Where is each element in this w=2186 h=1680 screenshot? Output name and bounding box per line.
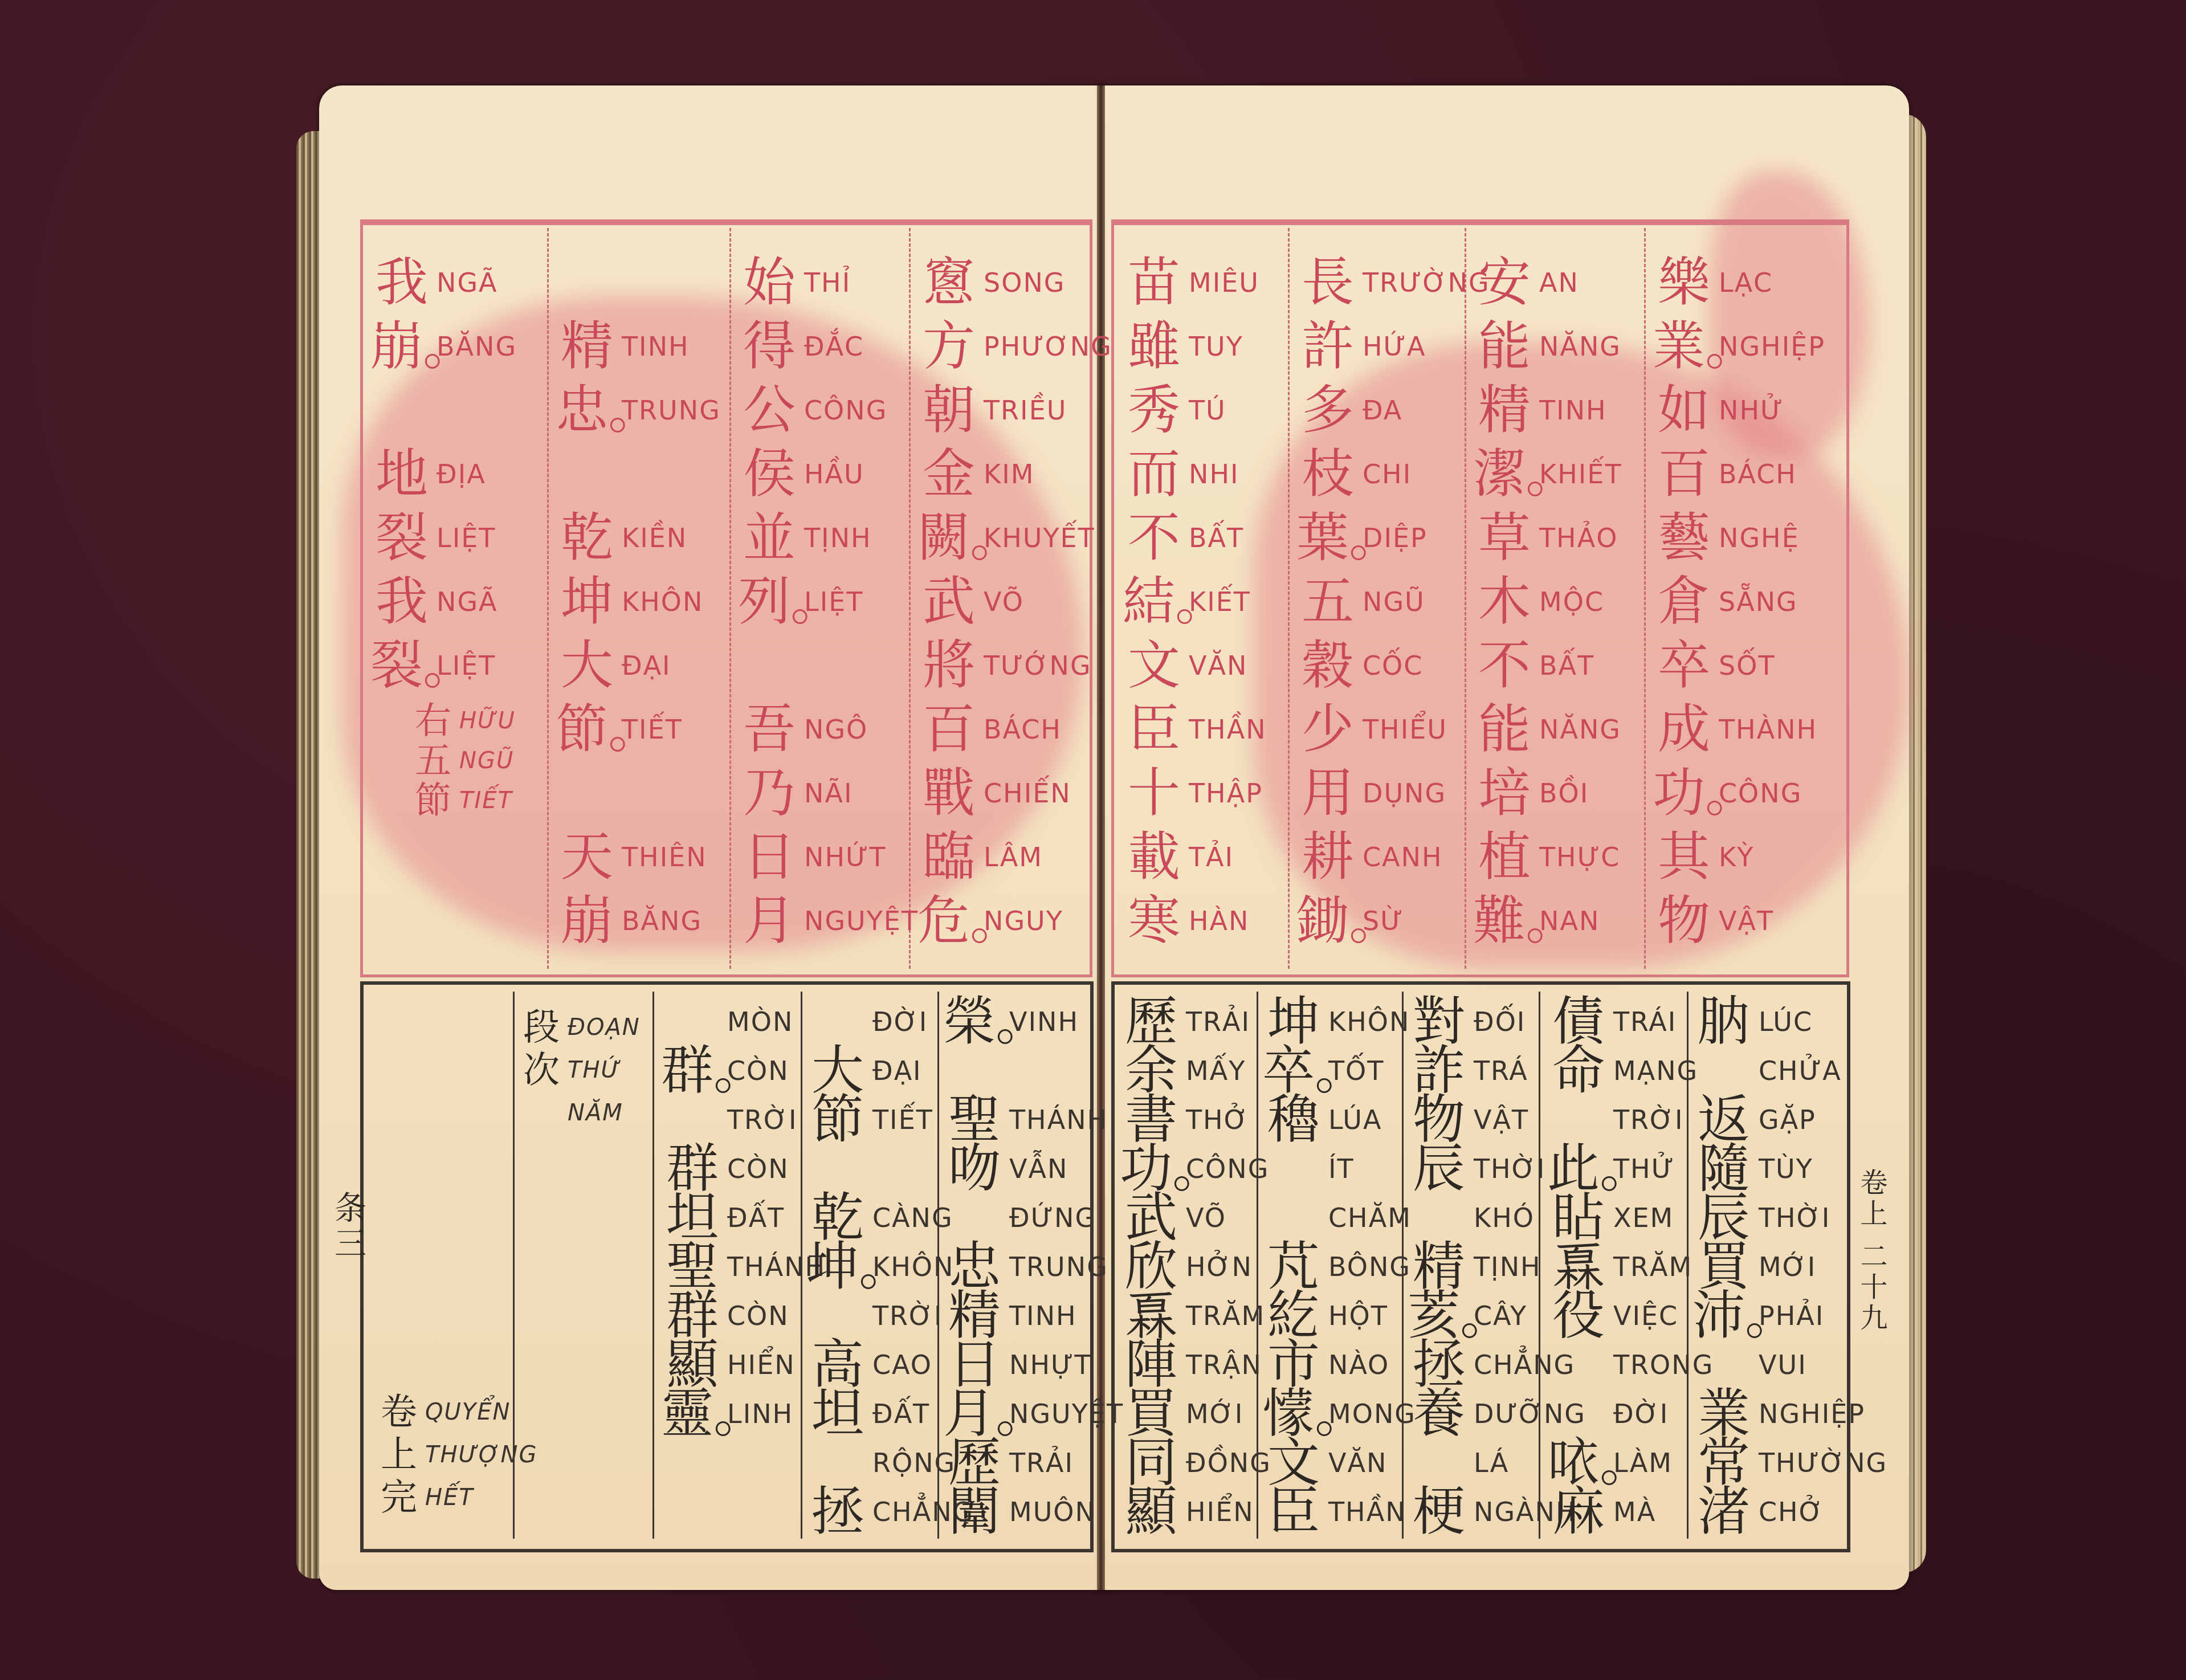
quoc-ngu-gloss: SỐT (1719, 650, 1776, 681)
quoc-ngu-gloss: NGHIỆP (1759, 1398, 1865, 1429)
glossed-character: 節。TIẾT (556, 698, 721, 761)
glossed-character: 𤁕MÒN (661, 997, 826, 1046)
quoc-ngu-gloss: CÔNG (804, 395, 887, 426)
han-character: 安 (1473, 256, 1536, 309)
quoc-ngu-gloss: NGŨ (1363, 586, 1425, 617)
glossed-character: 精TINH (943, 1291, 1124, 1340)
han-character: 役 (1547, 1290, 1610, 1342)
quoc-ngu-gloss: CÔNG (1186, 1153, 1269, 1184)
lower-right-column-4: 債TRÁI命MẠNG𡗶TRỜI此。THỬ䀡XEM𤾓TRĂM役VIỆC𥪝TRONG… (1547, 997, 1714, 1536)
han-character: 群。 (661, 1045, 724, 1097)
han-character: 天 (556, 831, 618, 883)
quoc-ngu-gloss: THỜI (1474, 1153, 1545, 1184)
han-character: 植 (1473, 831, 1536, 883)
quoc-ngu-gloss: VÕ (1186, 1202, 1226, 1233)
glossed-character: 群。CÒN (661, 1046, 826, 1095)
han-character: 吾 (738, 703, 801, 756)
glossed-character: 債TRÁI (1547, 997, 1714, 1046)
quoc-ngu-gloss: TIẾT (459, 788, 513, 814)
han-character: 百 (917, 703, 980, 756)
glossed-character: 武VÕ (917, 570, 1112, 634)
han-character: 裂 (370, 512, 433, 564)
divider (729, 228, 732, 969)
glossed-character: 卒SỐT (1653, 634, 1825, 698)
glossed-character: 百BÁCH (917, 698, 1112, 761)
quoc-ngu-gloss: XEM (1613, 1202, 1674, 1233)
han-character: 養 (1408, 1388, 1470, 1440)
han-character: 右 (410, 703, 456, 739)
han-character: 列。 (738, 576, 801, 628)
han-character: 藝 (1653, 512, 1715, 564)
han-character: 𥪝 (1547, 1339, 1610, 1391)
glossed-character: 次THỨ (519, 1049, 641, 1091)
glossed-character: 天THIÊN (556, 825, 721, 889)
han-character: 完 (376, 1479, 422, 1516)
glossed-character: 裂LIỆT (370, 506, 517, 570)
glossed-character: 群CÒN (661, 1291, 826, 1340)
right-margin-label: 卷上 二十九 (1852, 1168, 1891, 1453)
quoc-ngu-gloss: VẬT (1719, 906, 1774, 936)
glossed-character: 少THIỂU (1296, 698, 1490, 761)
han-character: 忠。 (556, 384, 618, 437)
glossed-character: 闕。KHUYẾT (917, 506, 1112, 570)
section-five-label: 段ĐOẠN次THỨ𢆥NĂM (519, 1006, 641, 1134)
quoc-ngu-gloss: NHỬ (1719, 395, 1784, 426)
glossed-character: 𠃣ÍT (1262, 1144, 1416, 1193)
han-character: 能 (1473, 320, 1536, 373)
han-character: 我 (370, 576, 433, 628)
quoc-ngu-gloss: KIỀN (622, 523, 687, 553)
quoc-ngu-gloss: THẦN (1328, 1496, 1406, 1527)
glossed-character: 戰CHIẾN (917, 761, 1112, 825)
glossed-character: 渚CHỞ (1692, 1487, 1887, 1536)
glossed-character: 買MỚI (1120, 1389, 1271, 1438)
han-character: 不 (1473, 639, 1536, 692)
quoc-ngu-gloss: KHUYẾT (984, 523, 1095, 553)
glossed-character: 臨LÂM (917, 825, 1112, 889)
glossed-character: 上THƯỢNG (376, 1433, 538, 1476)
glossed-character: 群CÒN (661, 1144, 826, 1193)
han-character: 穀 (1296, 639, 1359, 692)
glossed-character: 𡗶TRỜI (1547, 1095, 1714, 1144)
glossed-character: 吻VẪN (943, 1144, 1124, 1193)
quoc-ngu-gloss: THIỂU (1363, 714, 1447, 745)
glossed-character: 段ĐOẠN (519, 1006, 641, 1049)
quoc-ngu-gloss: NGŨ (459, 748, 514, 774)
quoc-ngu-gloss: TỐT (1328, 1055, 1384, 1086)
quoc-ngu-gloss: ÍT (1328, 1153, 1355, 1184)
right-five-stanzas-note: 右HỮU五NGŨ節TIẾT (410, 701, 516, 821)
glossed-character: 我NGÃ (370, 570, 517, 634)
glossed-character: 將TƯỚNG (917, 634, 1112, 698)
quoc-ngu-gloss: HẾT (425, 1485, 474, 1511)
quoc-ngu-gloss: ĐỨNG (1009, 1202, 1096, 1233)
han-character: 文 (1123, 639, 1185, 692)
quoc-ngu-gloss: CÒN (727, 1300, 789, 1331)
han-character: 百 (1653, 448, 1715, 500)
upper-right-column-1: 苗MIÊU雖TUY秀TÚ而NHI不BẤT結。KIẾT文VĂN臣THẦN十THẬP… (1123, 251, 1267, 953)
quoc-ngu-gloss: NGHỆ (1719, 523, 1800, 553)
upper-left-column-3: 始THỈ得ĐẮC公CÔNG侯HẦU並TỊNH列。LIỆT吾NGÔ乃NÃI日NHỨ… (738, 251, 919, 953)
quoc-ngu-gloss: HIỂN (1186, 1496, 1254, 1527)
han-character: 五 (410, 743, 456, 779)
han-character: 樂 (1653, 256, 1715, 309)
quoc-ngu-gloss: CÔNG (1719, 778, 1802, 809)
glossed-character: 卒。TỐT (1262, 1046, 1416, 1095)
glossed-character: 業。NGHIỆP (1653, 315, 1825, 378)
han-character: 精 (1473, 384, 1536, 437)
quoc-ngu-gloss: TINH (1009, 1300, 1077, 1331)
glossed-character: 公CÔNG (738, 378, 919, 442)
glossed-character: 金KIM (917, 442, 1112, 506)
glossed-character: 月NGUYỆT (738, 889, 919, 953)
glossed-character: 完HẾT (376, 1476, 538, 1519)
upper-right-column-2: 長TRƯỜNG許HỨA多ĐA枝CHI葉。DIỆP五NGŨ穀CỐC少THIỂU用D… (1296, 251, 1490, 953)
quoc-ngu-gloss: ĐOẠN (568, 1014, 641, 1041)
han-character: 梗 (1408, 1486, 1470, 1538)
quoc-ngu-gloss: TRUNG (622, 395, 721, 426)
glossed-character: 始THỈ (738, 251, 919, 315)
glossed-character: 危。NGUY (917, 889, 1112, 953)
quoc-ngu-gloss: THƯỢNG (425, 1442, 538, 1468)
quoc-ngu-gloss: LIỆT (804, 586, 863, 617)
han-character: 用 (1296, 767, 1359, 819)
han-character: 枝 (1296, 448, 1359, 500)
han-character: 乾 (556, 512, 618, 564)
quoc-ngu-gloss: HIỂN (727, 1349, 796, 1380)
glossed-character: 顯HIỂN (661, 1340, 826, 1389)
quoc-ngu-gloss: ĐẠI (872, 1055, 922, 1086)
quoc-ngu-gloss: KHÔN (872, 1251, 954, 1282)
glossed-character: 精TINH (556, 315, 721, 378)
glossed-character: 不BẤT (1123, 506, 1267, 570)
han-character: 節。 (556, 703, 618, 756)
quoc-ngu-gloss: ĐỜI (1613, 1398, 1669, 1429)
quoc-ngu-gloss: TRĂM (1186, 1300, 1265, 1331)
glossed-character: 闈MUÔN (943, 1487, 1124, 1536)
han-character: 大 (556, 639, 618, 692)
quoc-ngu-gloss: TRƯỜNG (1363, 267, 1490, 298)
quoc-ngu-gloss: LÚA (1328, 1104, 1382, 1135)
quoc-ngu-gloss: CÒN (727, 1055, 789, 1086)
han-character: 乃 (738, 767, 801, 819)
glossed-character: 麻MÀ (1547, 1487, 1714, 1536)
quoc-ngu-gloss: THỨ (568, 1057, 621, 1083)
han-character: 月 (738, 895, 801, 947)
quoc-ngu-gloss: CHỞ (1759, 1496, 1824, 1527)
han-character: 靈。 (661, 1388, 724, 1440)
glossed-character: 倉SẴNG (1653, 570, 1825, 634)
glossed-character: 侯HẦU (738, 442, 919, 506)
quoc-ngu-gloss: KIẾT (1189, 586, 1251, 617)
quoc-ngu-gloss: NHỰT (1009, 1349, 1092, 1380)
glossed-character: 𣗓CHỬA (1692, 1046, 1887, 1095)
quoc-ngu-gloss: NÀO (1328, 1349, 1389, 1380)
han-character: 不 (1123, 512, 1185, 564)
volume-end-colophon: 卷QUYỂN上THƯỢNG完HẾT (376, 1391, 538, 1519)
quoc-ngu-gloss: GẶP (1759, 1104, 1816, 1135)
han-character: 吻 (943, 1143, 1006, 1195)
han-character: 葉。 (1296, 512, 1359, 564)
quoc-ngu-gloss: VẪN (1009, 1153, 1068, 1184)
han-character: 結。 (1123, 576, 1185, 628)
han-character: 𠃣 (1262, 1143, 1325, 1195)
quoc-ngu-gloss: THỈ (804, 267, 851, 298)
lower-right-column-2: 坤KHÔN卒。TỐT穭LÚA𠃣ÍT𢟙CHĂM芃BÔNG紇HỘT市NÀO懞。MON… (1262, 997, 1416, 1536)
han-character: 穭 (1262, 1094, 1325, 1146)
han-character: 節 (410, 782, 456, 819)
quoc-ngu-gloss: LÁ (1474, 1447, 1509, 1478)
quoc-ngu-gloss: KỲ (1719, 842, 1754, 872)
han-character: 麻 (1547, 1486, 1610, 1538)
quoc-ngu-gloss: VÕ (984, 586, 1024, 617)
glossed-character: 文VĂN (1123, 634, 1267, 698)
glossed-character: 𥪝TRONG (1547, 1340, 1714, 1389)
quoc-ngu-gloss: THỞ (1186, 1104, 1249, 1135)
han-character: 卒 (1653, 639, 1715, 692)
glossed-character: 返GẶP (1692, 1095, 1887, 1144)
han-character: 方 (917, 320, 980, 373)
han-character: 雖 (1123, 320, 1185, 373)
quoc-ngu-gloss: TRỜI (872, 1300, 943, 1331)
glossed-character: 靈。LINH (661, 1389, 826, 1438)
glossed-character: 坦ĐẤT (661, 1193, 826, 1242)
blank-cell (556, 761, 721, 825)
han-character: 坦 (806, 1388, 869, 1440)
glossed-character: 聖THÁNH (943, 1095, 1124, 1144)
quoc-ngu-gloss: CHỬA (1759, 1055, 1842, 1086)
quoc-ngu-gloss: MONG (1328, 1398, 1416, 1429)
quoc-ngu-gloss: KHÔN (1328, 1006, 1410, 1037)
quoc-ngu-gloss: SẴNG (1719, 586, 1798, 617)
glossed-character: 欣HỞN (1120, 1242, 1271, 1291)
blank-cell (738, 634, 919, 698)
glossed-character: 植THỰC (1473, 825, 1622, 889)
han-character: 沛。 (1692, 1290, 1755, 1342)
glossed-character: 列。LIỆT (738, 570, 919, 634)
quoc-ngu-gloss: BĂNG (437, 331, 517, 362)
quoc-ngu-gloss: LÚC (1759, 1006, 1813, 1037)
quoc-ngu-gloss: TRÁ (1474, 1055, 1528, 1086)
quoc-ngu-gloss: NGUY (984, 906, 1063, 936)
glossed-character: 䀡XEM (1547, 1193, 1714, 1242)
quoc-ngu-gloss: NGÃ (437, 586, 498, 617)
han-character: 將 (917, 639, 980, 692)
glossed-character: 其KỲ (1653, 825, 1825, 889)
han-character: 許 (1296, 320, 1359, 373)
quoc-ngu-gloss: VINH (1009, 1006, 1079, 1037)
han-character: 倉 (1653, 576, 1715, 628)
glossed-character: 耕CANH (1296, 825, 1490, 889)
quoc-ngu-gloss: NĂNG (1539, 331, 1621, 362)
glossed-character: 長TRƯỜNG (1296, 251, 1490, 315)
quoc-ngu-gloss: DỤNG (1363, 778, 1446, 809)
quoc-ngu-gloss: TRÁI (1613, 1006, 1677, 1037)
quoc-ngu-gloss: CÀNG (872, 1202, 953, 1233)
glossed-character: 難。NAN (1473, 889, 1622, 953)
glossed-character: 日NHỰT (943, 1340, 1124, 1389)
quoc-ngu-gloss: PHƯƠNG (984, 331, 1112, 362)
quoc-ngu-gloss: HÀN (1189, 906, 1249, 936)
glossed-character: 安AN (1473, 251, 1622, 315)
glossed-character: 書THỞ (1120, 1095, 1271, 1144)
upper-left-column-4: 窻SONG方PHƯƠNG朝TRIỀU金KIM闕。KHUYẾT武VÕ將TƯỚNG百… (917, 251, 1112, 953)
quoc-ngu-gloss: NGUYỆT (1009, 1398, 1124, 1429)
blank-cell (370, 378, 517, 442)
glossed-character: 芃BÔNG (1262, 1242, 1416, 1291)
glossed-character: 歷TRẢI (943, 1438, 1124, 1487)
han-character: 日 (738, 831, 801, 883)
han-character: 五 (1296, 576, 1359, 628)
glossed-character: 余MẤY (1120, 1046, 1271, 1095)
quoc-ngu-gloss: TÚ (1189, 395, 1226, 426)
upper-right-column-3: 安AN能NĂNG精TINH潔。KHIẾT草THẢO木MỘC不BẤT能NĂNG培B… (1473, 251, 1622, 953)
quoc-ngu-gloss: NĂNG (1539, 714, 1621, 745)
glossed-character: 百BÁCH (1653, 442, 1825, 506)
glossed-character: 卷QUYỂN (376, 1391, 538, 1433)
quoc-ngu-gloss: ĐẤT (872, 1398, 930, 1429)
glossed-character: 崩BĂNG (556, 889, 721, 953)
quoc-ngu-gloss: CANH (1363, 842, 1443, 872)
glossed-character: 聖THÁNH (661, 1242, 826, 1291)
glossed-character: 穀CỐC (1296, 634, 1490, 698)
quoc-ngu-gloss: THÀNH (1719, 714, 1817, 745)
quoc-ngu-gloss: KIM (984, 459, 1034, 490)
han-character: 臣 (1123, 703, 1185, 756)
quoc-ngu-gloss: LIỆT (437, 523, 496, 553)
han-character: 業。 (1653, 320, 1715, 373)
glossed-character: 我NGÃ (370, 251, 517, 315)
quoc-ngu-gloss: TRỜI (727, 1104, 798, 1135)
quoc-ngu-gloss: NAN (1539, 906, 1600, 936)
quoc-ngu-gloss: NGÔ (804, 714, 868, 745)
han-character: 闈 (943, 1486, 1006, 1538)
glossed-character: 如NHỬ (1653, 378, 1825, 442)
glossed-character: 用DỤNG (1296, 761, 1490, 825)
quoc-ngu-gloss: SONG (984, 267, 1065, 298)
glossed-character: 命MẠNG (1547, 1046, 1714, 1095)
glossed-character: 十THẬP (1123, 761, 1267, 825)
han-character: 載 (1123, 831, 1185, 883)
quoc-ngu-gloss: DIỆP (1363, 523, 1428, 553)
han-character: 鋤。 (1296, 895, 1359, 947)
quoc-ngu-gloss: BẤT (1189, 523, 1244, 553)
glossed-character: 窻SONG (917, 251, 1112, 315)
quoc-ngu-gloss: VUI (1759, 1349, 1807, 1380)
glossed-character: 秀TÚ (1123, 378, 1267, 442)
divider (1288, 228, 1291, 969)
han-character: 難。 (1473, 895, 1536, 947)
han-character: 顯 (1120, 1486, 1182, 1538)
quoc-ngu-gloss: TRẬN (1186, 1349, 1262, 1380)
glossed-character: 不BẤT (1473, 634, 1622, 698)
upper-left-column-1: 我NGÃ崩。BĂNG地ĐỊA裂LIỆT我NGÃ裂。LIỆT (370, 251, 517, 698)
han-character: 我 (370, 256, 433, 309)
han-character: 得 (738, 320, 801, 373)
quoc-ngu-gloss: THÁNH (1009, 1104, 1108, 1135)
glossed-character: 日NHỨT (738, 825, 919, 889)
quoc-ngu-gloss: THỰC (1539, 842, 1620, 872)
quoc-ngu-gloss: ĐẠI (622, 650, 671, 681)
quoc-ngu-gloss: MỚI (1186, 1398, 1243, 1429)
quoc-ngu-gloss: KHÔN (622, 586, 703, 617)
glossed-character: 培BỒI (1473, 761, 1622, 825)
han-character: 拯 (806, 1486, 869, 1538)
glossed-character: 地ĐỊA (370, 442, 517, 506)
glossed-character: 臣THẦN (1262, 1487, 1416, 1536)
quoc-ngu-gloss: QUYỂN (425, 1399, 511, 1425)
divider (652, 992, 655, 1539)
glossed-character: 葉。DIỆP (1296, 506, 1490, 570)
han-character: 𢆥 (519, 1095, 564, 1131)
quoc-ngu-gloss: VẬT (1474, 1104, 1529, 1135)
han-character: 卷 (376, 1394, 422, 1430)
lower-left-column-3: 榮。VINH聖THÁNH吻VẪN𠁟ĐỨNG忠TRUNG精TINH日NHỰT月。N… (943, 997, 1124, 1536)
han-character: 坤 (556, 576, 618, 628)
han-character: 其 (1653, 831, 1715, 883)
quoc-ngu-gloss: HỨA (1363, 331, 1426, 362)
quoc-ngu-gloss: ĐẮC (804, 331, 864, 362)
han-character: 侯 (738, 448, 801, 500)
quoc-ngu-gloss: VIỆC (1613, 1300, 1678, 1331)
quoc-ngu-gloss: MẤY (1186, 1055, 1246, 1086)
glossed-character: 𤾓TRĂM (1120, 1291, 1271, 1340)
quoc-ngu-gloss: TƯỚNG (984, 650, 1092, 681)
han-character: 公 (738, 384, 801, 437)
glossed-character: 肭LÚC (1692, 997, 1887, 1046)
glossed-character: 月。NGUYỆT (943, 1389, 1124, 1438)
quoc-ngu-gloss: TRẢI (1009, 1447, 1074, 1478)
glossed-character: 同ĐỒNG (1120, 1438, 1271, 1487)
glossed-character: 寒HÀN (1123, 889, 1267, 953)
quoc-ngu-gloss: BĂNG (622, 906, 702, 936)
quoc-ngu-gloss: THẬP (1189, 778, 1263, 809)
quoc-ngu-gloss: KHIẾT (1539, 459, 1622, 490)
quoc-ngu-gloss: LÂM (984, 842, 1043, 872)
glossed-character: 朝TRIỀU (917, 378, 1112, 442)
quoc-ngu-gloss: CHĂM (1328, 1202, 1412, 1233)
quoc-ngu-gloss: THẢO (1539, 523, 1618, 553)
glossed-character: 文VĂN (1262, 1438, 1416, 1487)
glossed-character: 右HỮU (410, 701, 516, 741)
quoc-ngu-gloss: CHIẾN (984, 778, 1071, 809)
han-character: 臣 (1262, 1486, 1325, 1538)
quoc-ngu-gloss: TRIỀU (984, 395, 1067, 426)
quoc-ngu-gloss: LINH (727, 1398, 793, 1429)
glossed-character: 枝CHI (1296, 442, 1490, 506)
glossed-character: 顯HIỂN (1120, 1487, 1271, 1536)
quoc-ngu-gloss: BÔNG (1328, 1251, 1411, 1282)
han-character: 秀 (1123, 384, 1185, 437)
quoc-ngu-gloss: MỘC (1539, 586, 1604, 617)
glossed-character: 坤KHÔN (1262, 997, 1416, 1046)
quoc-ngu-gloss: TÙY (1759, 1153, 1813, 1184)
glossed-character: 𤾓TRĂM (1547, 1242, 1714, 1291)
quoc-ngu-gloss: TẢI (1189, 842, 1234, 872)
quoc-ngu-gloss: CÂY (1474, 1300, 1527, 1331)
han-character: 武 (917, 576, 980, 628)
quoc-ngu-gloss: CHI (1363, 459, 1412, 490)
quoc-ngu-gloss: AN (1539, 267, 1579, 298)
blank-cell (556, 442, 721, 506)
glossed-character: 五NGŨ (1296, 570, 1490, 634)
han-character: 崩 (556, 895, 618, 947)
glossed-character: 並TỊNH (738, 506, 919, 570)
quoc-ngu-gloss: ĐA (1363, 395, 1402, 426)
glossed-character: 方PHƯƠNG (917, 315, 1112, 378)
glossed-character: 許HỨA (1296, 315, 1490, 378)
han-character: 寒 (1123, 895, 1185, 947)
